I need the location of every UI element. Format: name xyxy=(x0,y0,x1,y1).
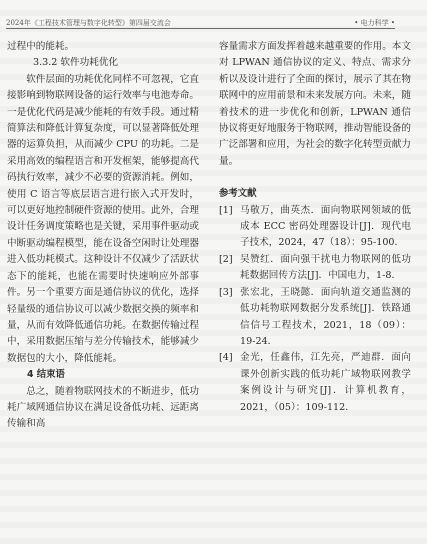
references-heading: 参考文献 xyxy=(219,186,411,202)
reference-number: [2] xyxy=(219,252,240,285)
journal-title: 2024年《工程技术管理与数字化转型》第四届交流会 xyxy=(6,19,171,28)
reference-text: 金光，任鑫伟，江先亮，严迪群．面向课外创新实践的低功耗广域物联网教学案例设计与研… xyxy=(240,350,411,416)
journal-page: 2024年《工程技术管理与数字化转型》第四届交流会 • 电力科学 • 过程中的能… xyxy=(0,0,427,544)
paragraph-software-power: 软件层面的功耗优化同样不可忽视，它直接影响到物联网设备的运行效率与电池寿命。一是… xyxy=(7,72,199,367)
reference-text: 马敬万，曲英杰．面向物联网领域的低成本 ECC 密码处理器设计[J]．现代电子技… xyxy=(240,203,411,252)
subsection-heading: 3.3.2 软件功耗优化 xyxy=(7,55,199,71)
reference-text: 张宏北，王晓懿．面向轨道交通监测的低功耗物联网数据分发系统[J]．铁路通信信号工… xyxy=(240,285,411,351)
reference-list: [1] 马敬万，曲英杰．面向物联网领域的低成本 ECC 密码处理器设计[J]．现… xyxy=(219,203,411,416)
paragraph-continuation: 过程中的能耗。 xyxy=(7,39,199,55)
reference-number: [4] xyxy=(219,350,240,416)
left-column: 过程中的能耗。 3.3.2 软件功耗优化 软件层面的功耗优化同样不可忽视，它直接… xyxy=(7,39,199,433)
running-header: 2024年《工程技术管理与数字化转型》第四届交流会 • 电力科学 • xyxy=(6,16,395,29)
right-column: 容量需求方面发挥着越来越重要的作用。本文对 LPWAN 通信协议的定义、特点、需… xyxy=(219,39,411,416)
reference-item: [1] 马敬万，曲英杰．面向物联网领域的低成本 ECC 密码处理器设计[J]．现… xyxy=(219,203,411,252)
section-heading-conclusion: 4 结束语 xyxy=(7,367,199,383)
paragraph-conclusion-start: 总之，随着物联网技术的不断进步，低功耗广域网通信协议在满足设备低功耗、远距离传输… xyxy=(7,384,199,433)
reference-number: [1] xyxy=(219,203,240,252)
reference-item: [2] 吴赞红．面向强干扰电力物联网的低功耗数据回传方法[J]．中国电力，1-8… xyxy=(219,252,411,285)
reference-item: [4] 金光，任鑫伟，江先亮，严迪群．面向课外创新实践的低功耗广域物联网教学案例… xyxy=(219,350,411,416)
paragraph-conclusion-end: 容量需求方面发挥着越来越重要的作用。本文对 LPWAN 通信协议的定义、特点、需… xyxy=(219,39,411,170)
reference-number: [3] xyxy=(219,285,240,351)
section-label: • 电力科学 • xyxy=(354,19,395,28)
reference-text: 吴赞红．面向强干扰电力物联网的低功耗数据回传方法[J]．中国电力，1-8． xyxy=(240,252,411,285)
reference-item: [3] 张宏北，王晓懿．面向轨道交通监测的低功耗物联网数据分发系统[J]．铁路通… xyxy=(219,285,411,351)
